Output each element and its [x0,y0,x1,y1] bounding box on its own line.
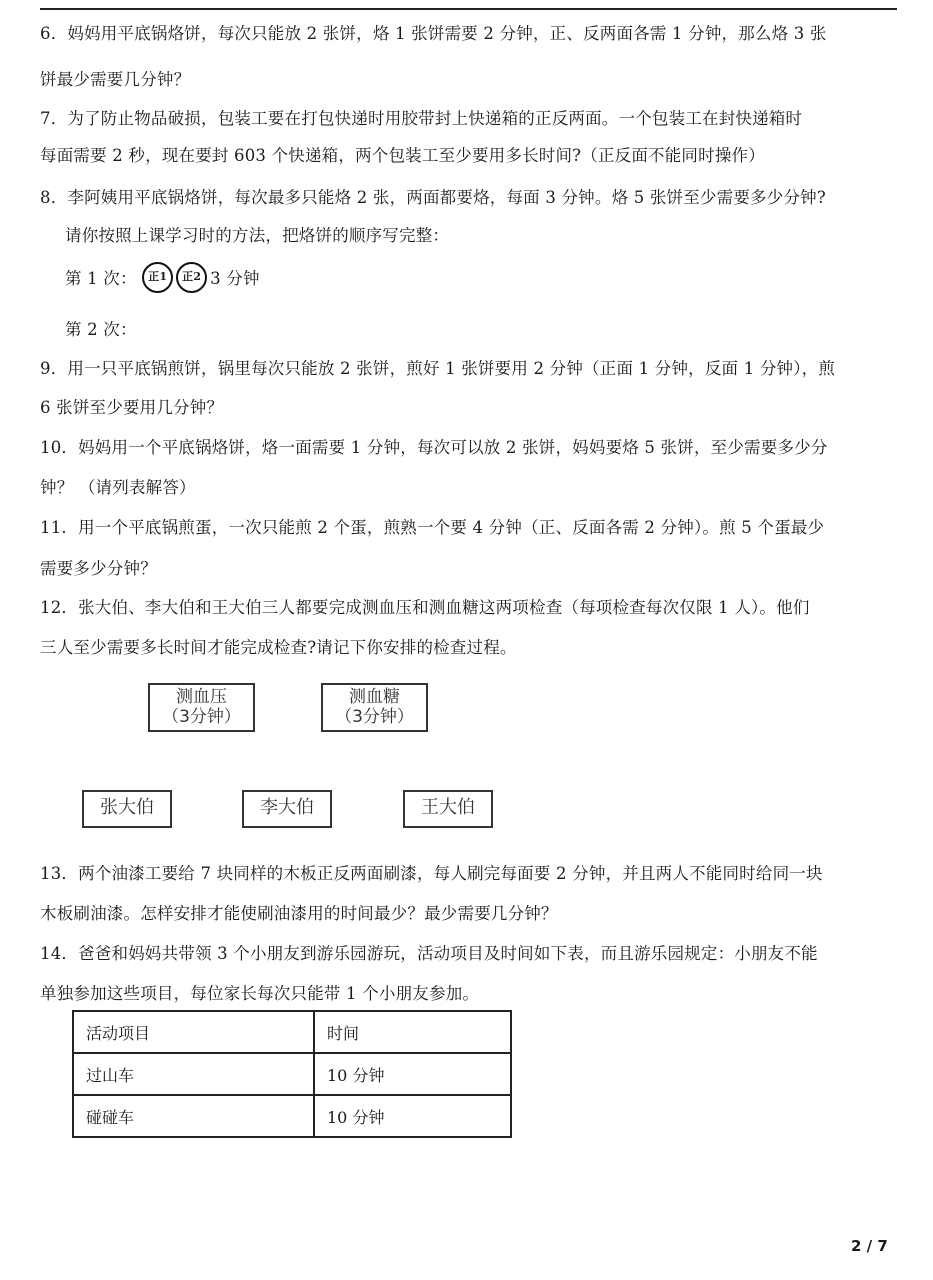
person-box-zhang: 张大伯 [82,790,172,828]
q9-line1: 9．用一只平底锅煎饼，锅里每次只能放 2 张饼，煎好 1 张饼要用 2 分钟（正… [40,355,835,379]
table-row: 碰碰车 10 分钟 [73,1095,511,1137]
q13-line1: 13．两个油漆工要给 7 块同样的木板正反两面刷漆，每人刷完每面要 2 分钟，并… [40,860,823,884]
person-box-wang: 王大伯 [403,790,493,828]
table-header: 时间 [314,1011,511,1053]
pancake-front1-icon: 正1 [142,262,173,293]
q14-line1: 14．爸爸和妈妈共带领 3 个小朋友到游乐园游玩，活动项目及时间如下表，而且游乐… [40,940,818,964]
table-header: 活动项目 [73,1011,314,1053]
table-cell: 过山车 [73,1053,314,1095]
q11-line1: 11．用一个平底锅煎蛋，一次只能煎 2 个蛋，煎熟一个要 4 分钟（正、反面各需… [40,514,824,538]
q7-line2: 每面需要 2 秒，现在要封 603 个快递箱，两个包装工至少要用多长时间?（正反… [40,142,765,166]
q12-line2: 三人至少需要多长时间才能完成检查?请记下你安排的检查过程。 [40,634,517,658]
check-box-blood-pressure: 测血压 （3分钟） [148,683,255,732]
q8-step1: 第 1 次： 正1正23 分钟 [65,264,260,295]
activity-table: 活动项目 时间 过山车 10 分钟 碰碰车 10 分钟 [72,1010,512,1138]
table-row: 过山车 10 分钟 [73,1053,511,1095]
step1-time: 3 分钟 [210,269,260,288]
q8-line1: 8．李阿姨用平底锅烙饼，每次最多只能烙 2 张，两面都要烙，每面 3 分钟。烙 … [40,184,826,208]
q10-line1: 10．妈妈用一个平底锅烙饼，烙一面需要 1 分钟，每次可以放 2 张饼，妈妈要烙… [40,434,828,458]
q6-line2: 饼最少需要几分钟？ [40,66,190,90]
q13-line2: 木板刷油漆。怎样安排才能使刷油漆用的时间最少？最少需要几分钟？ [40,900,558,924]
page-number: 2 / 7 [851,1237,888,1255]
check-box-blood-sugar: 测血糖 （3分钟） [321,683,428,732]
q9-line2: 6 张饼至少要用几分钟？ [40,394,223,418]
q14-line2: 单独参加这些项目，每位家长每次只能带 1 个小朋友参加。 [40,980,479,1004]
q6-line1: 6．妈妈用平底锅烙饼，每次只能放 2 张饼，烙 1 张饼需要 2 分钟，正、反两… [40,20,827,44]
table-cell: 碰碰车 [73,1095,314,1137]
table-cell: 10 分钟 [314,1053,511,1095]
q11-line2: 需要多少分钟？ [40,555,157,579]
pancake-front2-icon: 正2 [176,262,207,293]
table-cell: 10 分钟 [314,1095,511,1137]
q8-line2: 请你按照上课学习时的方法，把烙饼的顺序写完整： [65,222,449,246]
step1-label: 第 1 次： [65,269,137,288]
q12-line1: 12．张大伯、李大伯和王大伯三人都要完成测血压和测血糖这两项检查（每项检查每次仅… [40,594,810,618]
table-header-row: 活动项目 时间 [73,1011,511,1053]
person-box-li: 李大伯 [242,790,332,828]
top-rule [40,8,897,10]
q7-line1: 7．为了防止物品破损，包装工要在打包快递时用胶带封上快递箱的正反两面。一个包装工… [40,105,802,129]
q8-step2: 第 2 次： [65,316,137,340]
q10-line2: 钟？ （请列表解答） [40,474,196,498]
